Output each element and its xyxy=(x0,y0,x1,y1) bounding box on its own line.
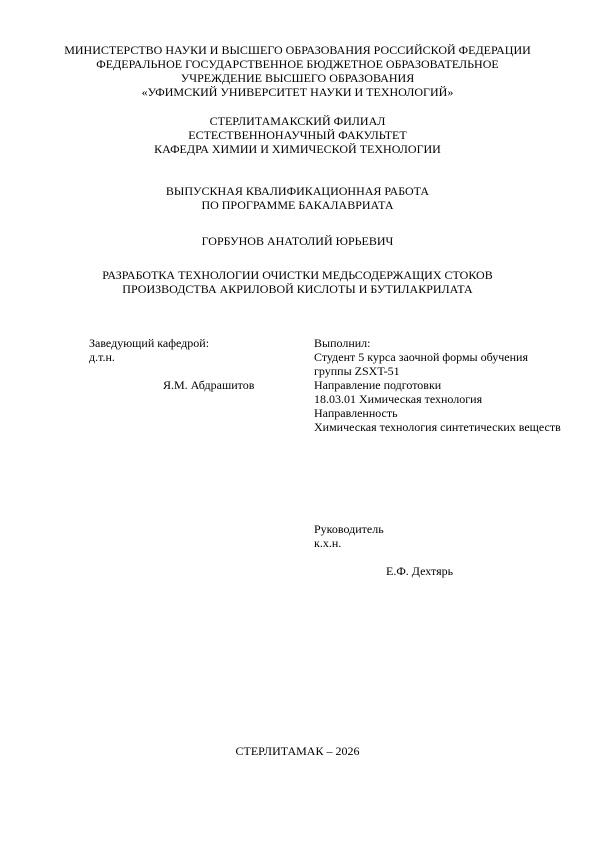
performer-label: Выполнил: xyxy=(314,336,561,350)
footer-city-year: СТЕРЛИТАМАК – 2026 xyxy=(0,744,595,758)
ministry-header: МИНИСТЕРСТВО НАУКИ И ВЫСШЕГО ОБРАЗОВАНИЯ… xyxy=(0,43,595,99)
head-of-department-name: Я.М. Абдрашитов xyxy=(163,378,254,392)
branch-name: СТЕРЛИТАМАКСКИЙ ФИЛИАЛ xyxy=(0,114,595,128)
work-type-line-2: ПО ПРОГРАММЕ БАКАЛАВРИАТА xyxy=(0,198,595,212)
author-name-text: ГОРБУНОВ АНАТОЛИЙ ЮРЬЕВИЧ xyxy=(0,234,595,248)
branch-block: СТЕРЛИТАМАКСКИЙ ФИЛИАЛ ЕСТЕСТВЕННОНАУЧНЫ… xyxy=(0,114,595,156)
department-name: КАФЕДРА ХИМИИ И ХИМИЧЕСКОЙ ТЕХНОЛОГИИ xyxy=(0,142,595,156)
work-type-block: ВЫПУСКНАЯ КВАЛИФИКАЦИОННАЯ РАБОТА ПО ПРО… xyxy=(0,184,595,212)
performer-focus-value: Химическая технология синтетических веще… xyxy=(314,420,561,434)
supervisor-degree: к.х.н. xyxy=(314,536,341,550)
header-line-university: «УФИМСКИЙ УНИВЕРСИТЕТ НАУКИ И ТЕХНОЛОГИЙ… xyxy=(0,85,595,99)
performer-student-line: Студент 5 курса заочной формы обучения xyxy=(314,350,561,364)
thesis-title-line-1: РАЗРАБОТКА ТЕХНОЛОГИИ ОЧИСТКИ МЕДЬСОДЕРЖ… xyxy=(0,268,595,282)
head-of-department-degree: д.т.н. xyxy=(89,350,115,364)
faculty-name: ЕСТЕСТВЕННОНАУЧНЫЙ ФАКУЛЬТЕТ xyxy=(0,128,595,142)
performer-direction-label: Направление подготовки xyxy=(314,378,561,392)
supervisor-name: Е.Ф. Дехтярь xyxy=(386,564,453,578)
thesis-title-line-2: ПРОИЗВОДСТВА АКРИЛОВОЙ КИСЛОТЫ И БУТИЛАК… xyxy=(0,282,595,296)
performer-focus-label: Направленность xyxy=(314,406,561,420)
header-line-ministry: МИНИСТЕРСТВО НАУКИ И ВЫСШЕГО ОБРАЗОВАНИЯ… xyxy=(0,43,595,57)
author-name: ГОРБУНОВ АНАТОЛИЙ ЮРЬЕВИЧ xyxy=(0,234,595,248)
header-line-institution: УЧРЕЖДЕНИЕ ВЫСШЕГО ОБРАЗОВАНИЯ xyxy=(0,71,595,85)
footer-city-year-text: СТЕРЛИТАМАК – 2026 xyxy=(0,744,595,758)
thesis-title: РАЗРАБОТКА ТЕХНОЛОГИИ ОЧИСТКИ МЕДЬСОДЕРЖ… xyxy=(0,268,595,296)
supervisor-label: Руководитель xyxy=(314,522,384,536)
work-type-line-1: ВЫПУСКНАЯ КВАЛИФИКАЦИОННАЯ РАБОТА xyxy=(0,184,595,198)
performer-block: Выполнил: Студент 5 курса заочной формы … xyxy=(314,336,561,434)
header-line-federal: ФЕДЕРАЛЬНОЕ ГОСУДАРСТВЕННОЕ БЮДЖЕТНОЕ ОБ… xyxy=(0,57,595,71)
head-of-department-label: Заведующий кафедрой: xyxy=(89,336,209,350)
performer-direction-value: 18.03.01 Химическая технология xyxy=(314,392,561,406)
performer-group-line: группы ZSXT-51 xyxy=(314,364,561,378)
